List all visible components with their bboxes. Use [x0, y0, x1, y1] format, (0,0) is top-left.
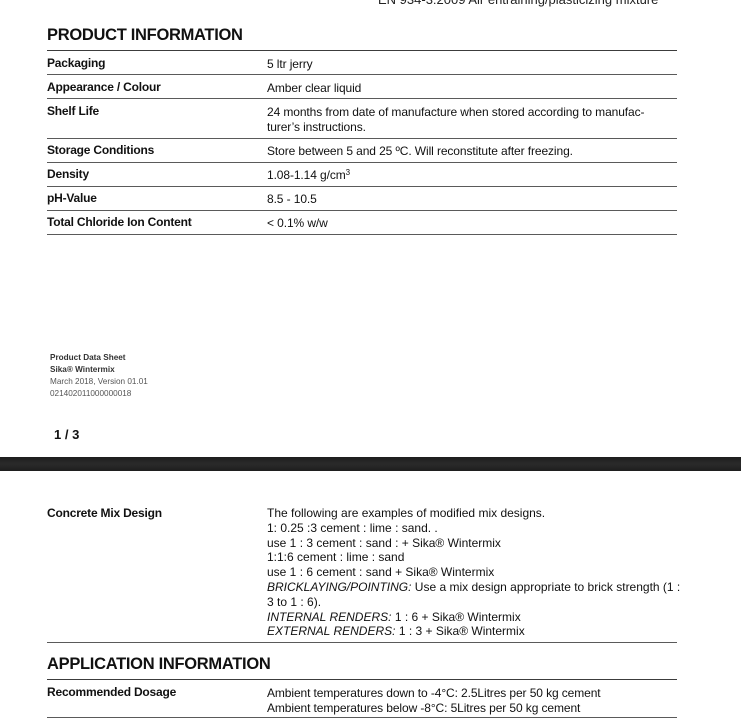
row-label-shelf-life: Shelf Life: [47, 104, 99, 118]
row-divider: [47, 138, 677, 139]
footer-product: Sika® Wintermix: [50, 364, 148, 376]
row-label-mix-design: Concrete Mix Design: [47, 506, 162, 520]
page-1: EN 934-3:2009 Air entraining/plasticizin…: [0, 0, 741, 457]
density-value: 1.08-1.14 g/cm: [267, 168, 346, 182]
mix-line: use 1 : 6 cement : sand + Sika® Wintermi…: [267, 565, 682, 580]
footer-version: March 2018, Version 01.01: [50, 376, 148, 388]
mix-line: 1: 0.25 :3 cement : lime : sand. .: [267, 521, 682, 536]
row-value-storage: Store between 5 and 25 ºC. Will reconsti…: [267, 144, 677, 159]
page-number: 1 / 3: [54, 427, 79, 442]
row-label-storage: Storage Conditions: [47, 143, 154, 157]
row-label-appearance: Appearance / Colour: [47, 80, 161, 94]
row-value-appearance: Amber clear liquid: [267, 81, 677, 96]
standard-reference-text: EN 934-3:2009 Air entraining/plasticizin…: [378, 0, 658, 7]
row-label-ph: pH-Value: [47, 191, 97, 205]
mix-line: The following are examples of modified m…: [267, 506, 682, 521]
row-divider: [47, 98, 677, 99]
dosage-line-2: Ambient temperatures below -8°C: 5Litres…: [267, 701, 677, 716]
shelf-life-line-1: 24 months from date of manufacture when …: [267, 105, 677, 120]
mix-line: INTERNAL RENDERS: 1 : 6 + Sika® Wintermi…: [267, 610, 682, 625]
mix-line: use 1 : 3 cement : sand : + Sika® Winter…: [267, 536, 682, 551]
shelf-life-line-2: turer’s instructions.: [267, 120, 677, 135]
footer-doc-type: Product Data Sheet: [50, 352, 148, 364]
row-value-ph: 8.5 - 10.5: [267, 192, 677, 207]
row-label-dosage: Recommended Dosage: [47, 685, 176, 699]
row-divider: [47, 186, 677, 187]
row-divider: [47, 210, 677, 211]
row-divider: [47, 717, 677, 718]
mix-line: 3 to 1 : 6).: [267, 595, 682, 610]
row-value-mix-design: The following are examples of modified m…: [267, 506, 682, 639]
mix-line: 1:1:6 cement : lime : sand: [267, 550, 682, 565]
row-value-dosage: Ambient temperatures down to -4°C: 2.5Li…: [267, 686, 677, 716]
row-divider: [47, 74, 677, 75]
dosage-line-1: Ambient temperatures down to -4°C: 2.5Li…: [267, 686, 677, 701]
row-label-packaging: Packaging: [47, 56, 105, 70]
table-top-rule: [47, 679, 677, 680]
row-value-shelf-life: 24 months from date of manufacture when …: [267, 105, 677, 135]
application-information-heading: APPLICATION INFORMATION: [47, 655, 270, 674]
row-label-density: Density: [47, 167, 89, 181]
product-information-heading: PRODUCT INFORMATION: [47, 26, 243, 45]
density-superscript: 3: [346, 168, 350, 177]
row-divider: [47, 162, 677, 163]
row-label-chloride: Total Chloride Ion Content: [47, 215, 192, 229]
mix-line: EXTERNAL RENDERS: 1 : 3 + Sika® Wintermi…: [267, 624, 682, 639]
row-divider: [47, 234, 677, 235]
page-separator: [0, 457, 741, 471]
footer-code: 021402011000000018: [50, 388, 148, 400]
mix-line: BRICKLAYING/POINTING: Use a mix design a…: [267, 580, 682, 595]
table-top-rule: [47, 50, 677, 51]
row-value-packaging: 5 ltr jerry: [267, 57, 677, 72]
row-value-chloride: < 0.1% w/w: [267, 216, 677, 231]
row-divider: [47, 642, 677, 643]
row-value-density: 1.08-1.14 g/cm3: [267, 168, 677, 183]
document-footer: Product Data Sheet Sika® Wintermix March…: [50, 352, 148, 400]
